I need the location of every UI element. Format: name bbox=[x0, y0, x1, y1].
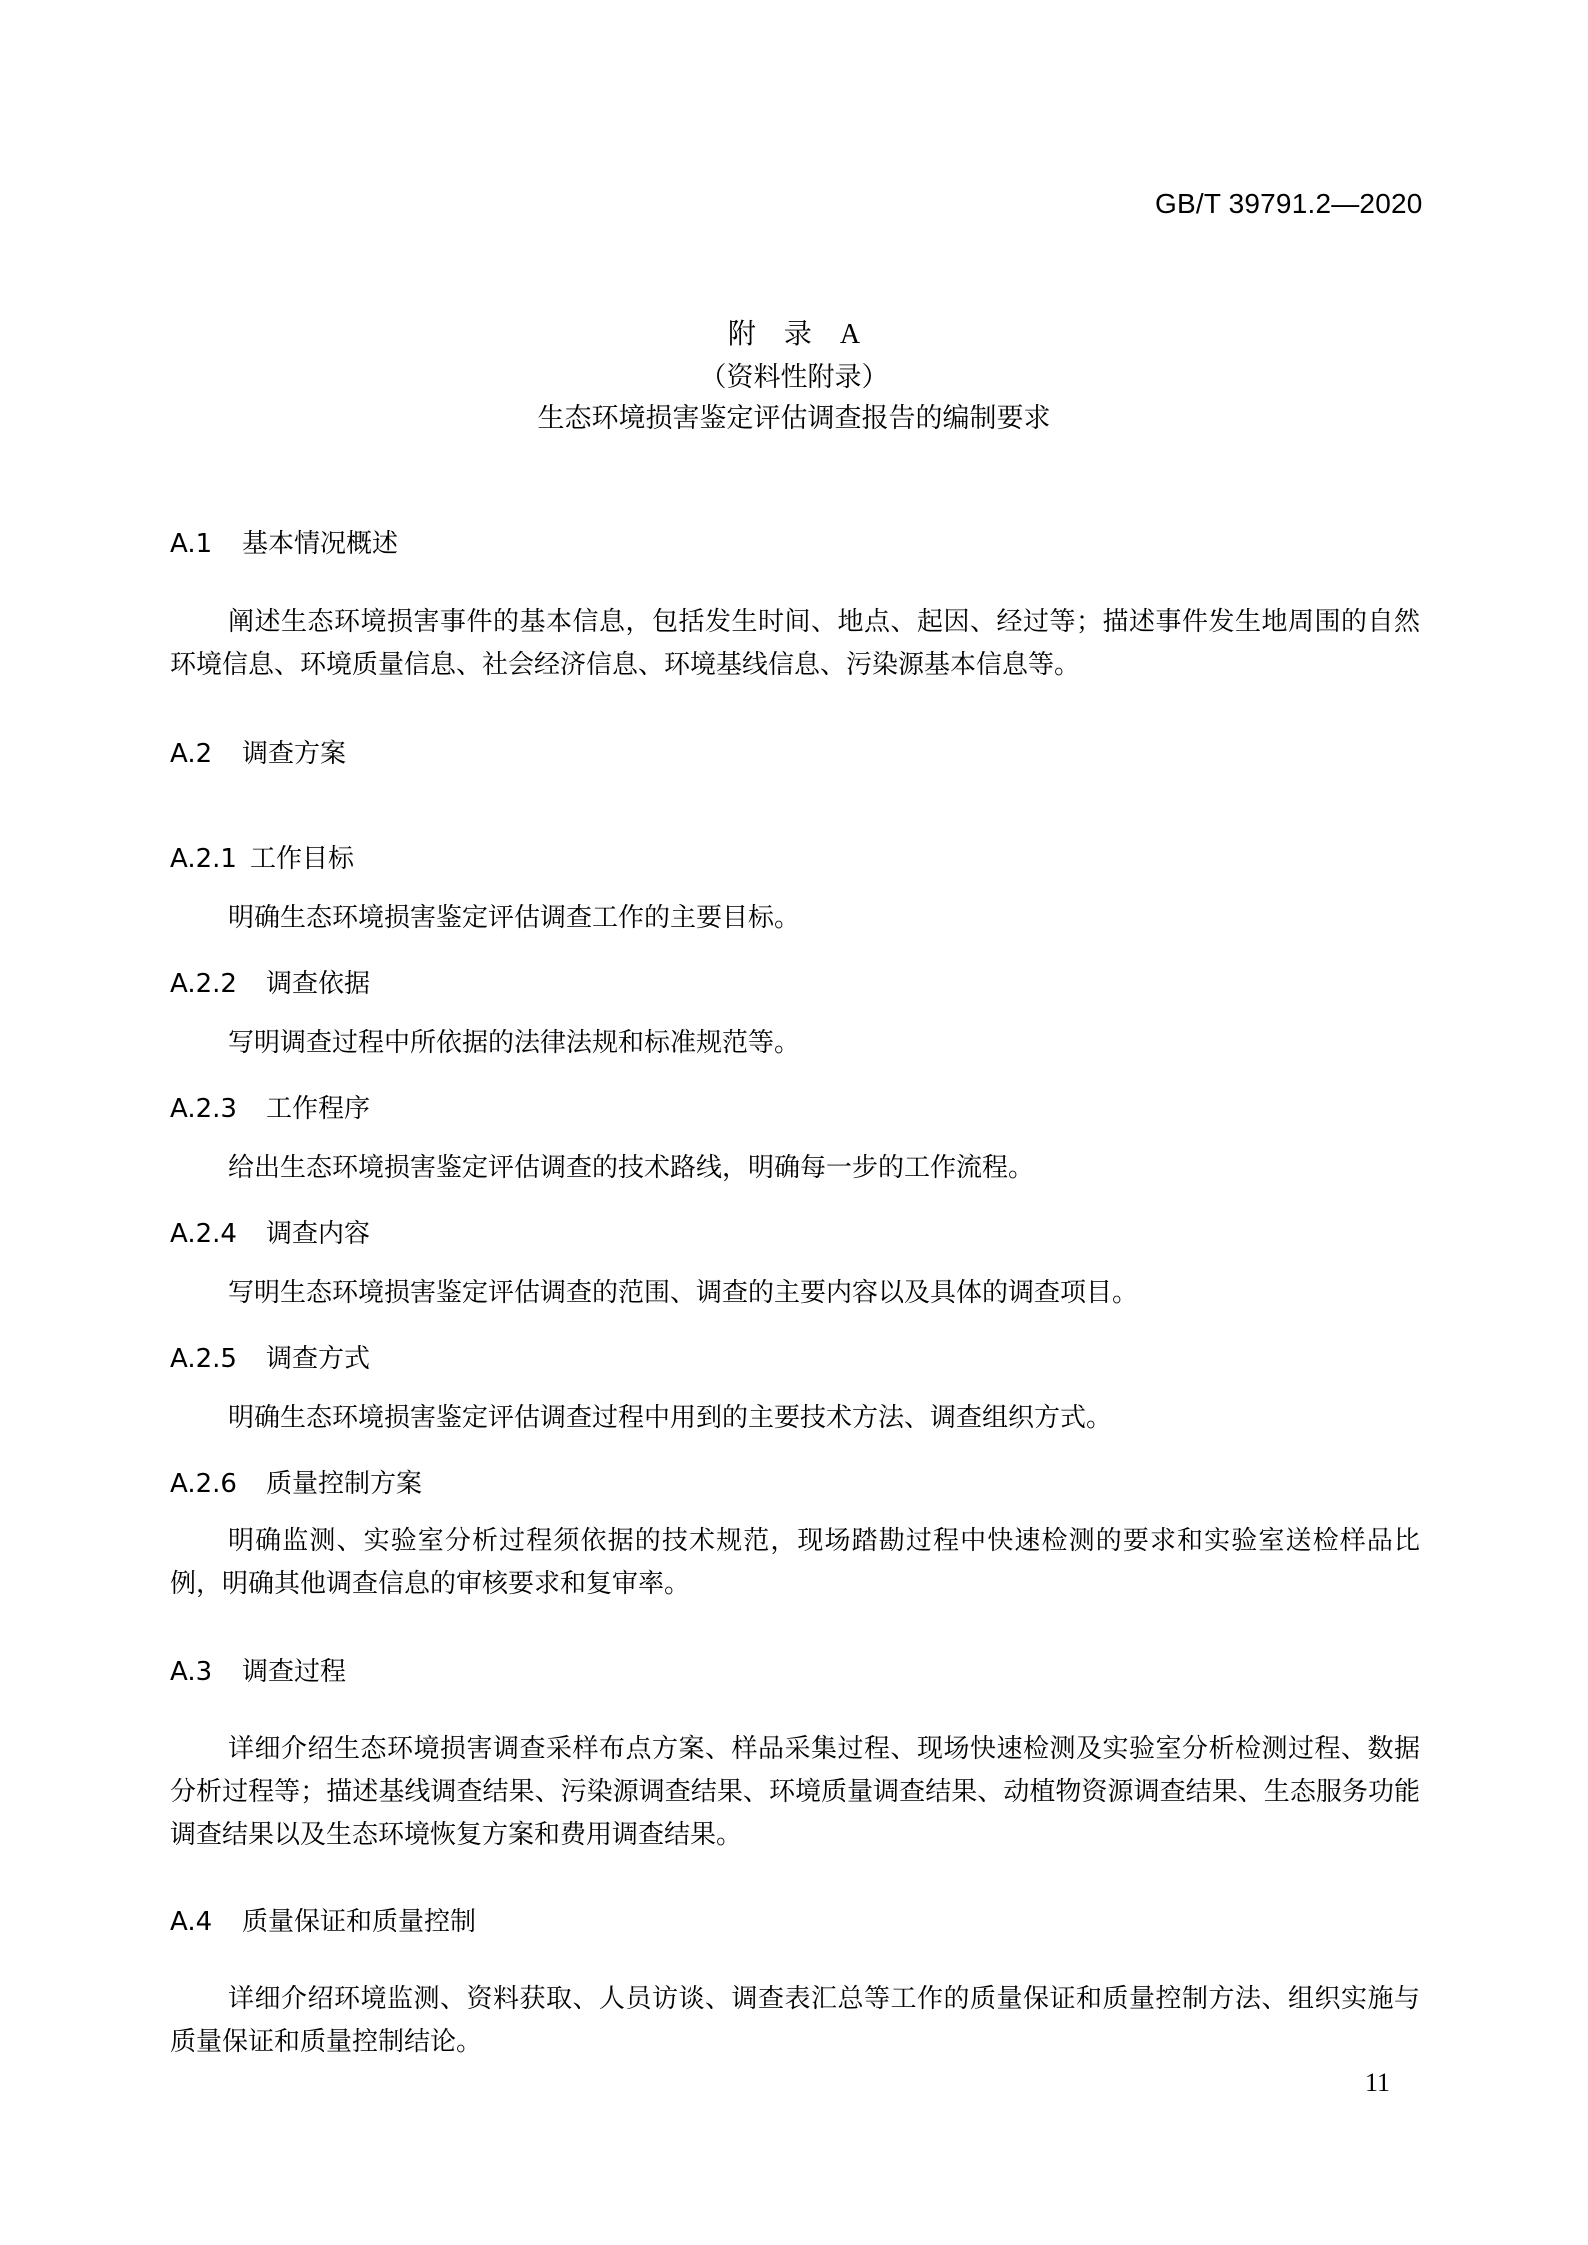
section-body-a2-6: 明确监测、实验室分析过程须依据的技术规范，现场踏勘过程中快速检测的要求和实验室送… bbox=[170, 1520, 1420, 1606]
section-body-a4: 详细介绍环境监测、资料获取、人员访谈、调查表汇总等工作的质量保证和质量控制方法、… bbox=[170, 1978, 1420, 2064]
section-heading-a2-3: A.2.3工作程序 bbox=[170, 1088, 370, 1125]
annex-name: 生态环境损害鉴定评估调查报告的编制要求 bbox=[0, 396, 1588, 435]
section-body-a2-4: 写明生态环境损害鉴定评估调查的范围、调查的主要内容以及具体的调查项目。 bbox=[170, 1272, 1420, 1315]
annex-title: 附录A bbox=[0, 312, 1588, 352]
section-number: A.2.6 bbox=[170, 1469, 266, 1499]
section-number: A.2.3 bbox=[170, 1094, 266, 1124]
section-heading-a1: A.1基本情况概述 bbox=[170, 523, 398, 560]
section-number: A.2.1 bbox=[170, 844, 250, 874]
section-title: 质量保证和质量控制 bbox=[242, 1907, 476, 1937]
section-body-a2-2: 写明调查过程中所依据的法律法规和标准规范等。 bbox=[170, 1022, 1420, 1065]
section-title: 工作程序 bbox=[266, 1094, 370, 1124]
section-body-a1: 阐述生态环境损害事件的基本信息，包括发生时间、地点、起因、经过等；描述事件发生地… bbox=[170, 601, 1420, 687]
section-title: 质量控制方案 bbox=[266, 1469, 422, 1499]
section-title: 调查依据 bbox=[266, 969, 370, 999]
page-number: 11 bbox=[1365, 2068, 1390, 2098]
section-title: 调查过程 bbox=[242, 1657, 346, 1687]
section-body-a3: 详细介绍生态环境损害调查采样布点方案、样品采集过程、现场快速检测及实验室分析检测… bbox=[170, 1728, 1420, 1857]
section-number: A.2.2 bbox=[170, 969, 266, 999]
section-heading-a2-6: A.2.6质量控制方案 bbox=[170, 1463, 422, 1500]
section-number: A.2.5 bbox=[170, 1344, 266, 1374]
section-heading-a3: A.3调查过程 bbox=[170, 1651, 346, 1688]
section-body-a2-3: 给出生态环境损害鉴定评估调查的技术路线，明确每一步的工作流程。 bbox=[170, 1147, 1420, 1190]
annex-type: （资料性附录） bbox=[0, 355, 1588, 394]
section-body-a2-1: 明确生态环境损害鉴定评估调查工作的主要目标。 bbox=[170, 897, 1420, 940]
section-title: 工作目标 bbox=[250, 844, 354, 874]
section-number: A.2 bbox=[170, 739, 242, 769]
section-title: 调查方式 bbox=[266, 1344, 370, 1374]
section-number: A.2.4 bbox=[170, 1219, 266, 1249]
annex-title-part: A bbox=[840, 319, 860, 350]
section-body-a2-5: 明确生态环境损害鉴定评估调查过程中用到的主要技术方法、调查组织方式。 bbox=[170, 1397, 1420, 1440]
annex-title-part: 录 bbox=[784, 319, 812, 350]
section-heading-a2-1: A.2.1工作目标 bbox=[170, 838, 354, 875]
section-heading-a4: A.4质量保证和质量控制 bbox=[170, 1901, 476, 1938]
section-heading-a2-4: A.2.4调查内容 bbox=[170, 1213, 370, 1250]
section-heading-a2: A.2调查方案 bbox=[170, 733, 346, 770]
section-heading-a2-5: A.2.5调查方式 bbox=[170, 1338, 370, 1375]
section-number: A.1 bbox=[170, 529, 242, 559]
standard-code: GB/T 39791.2—2020 bbox=[1155, 188, 1423, 220]
section-number: A.3 bbox=[170, 1657, 242, 1687]
section-heading-a2-2: A.2.2调查依据 bbox=[170, 963, 370, 1000]
annex-title-part: 附 bbox=[728, 319, 756, 350]
section-title: 基本情况概述 bbox=[242, 529, 398, 559]
section-number: A.4 bbox=[170, 1907, 242, 1937]
section-title: 调查方案 bbox=[242, 739, 346, 769]
section-title: 调查内容 bbox=[266, 1219, 370, 1249]
